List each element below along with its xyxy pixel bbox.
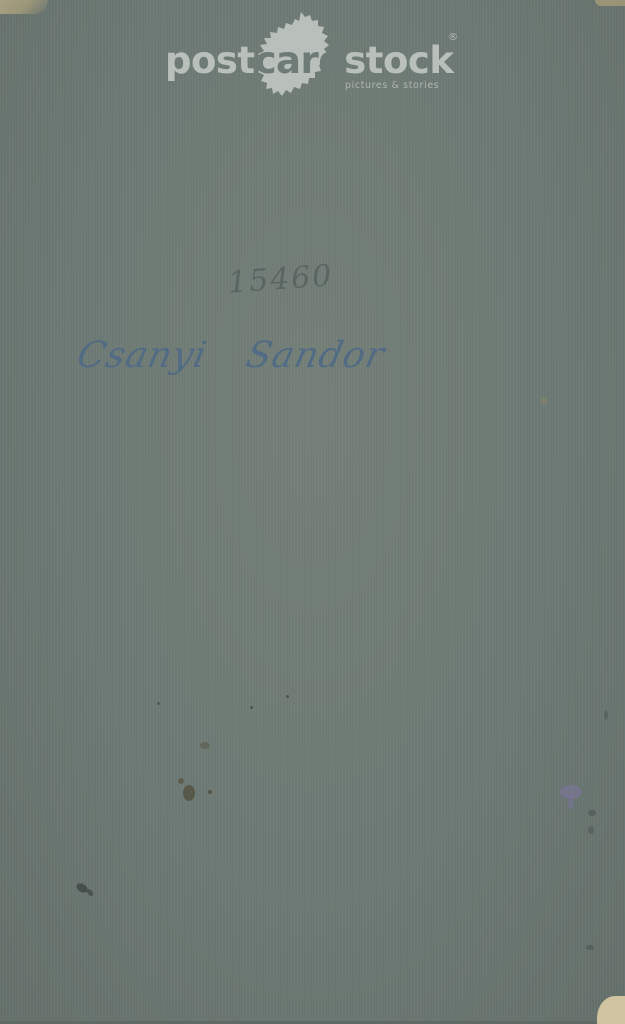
stain — [208, 790, 212, 794]
stain — [286, 695, 289, 698]
brand-part: stock — [344, 39, 453, 82]
stain — [604, 710, 608, 720]
stain — [157, 702, 160, 705]
worn-edge — [595, 0, 625, 6]
worn-corner — [597, 996, 625, 1024]
registered-mark: ® — [448, 32, 458, 43]
stain — [200, 742, 210, 749]
brand-part: card — [255, 39, 345, 82]
handwritten-name: Csanyi Sandor — [74, 335, 389, 376]
brand-tagline: pictures & stories — [345, 80, 439, 91]
worn-edge — [0, 0, 48, 14]
stain — [86, 888, 95, 897]
purple-ink-stain — [568, 796, 574, 810]
postcardstock-watermark: postcardstock ® pictures & stories — [165, 12, 465, 104]
handwritten-number: 15460 — [227, 258, 335, 300]
stain — [588, 810, 596, 816]
brand-part: post — [165, 39, 255, 82]
stain — [586, 945, 594, 950]
stain — [183, 785, 195, 801]
photo-card-back: postcardstock ® pictures & stories 15460… — [0, 0, 625, 1024]
brand-wordmark: postcardstock — [165, 42, 453, 79]
stain — [588, 826, 594, 834]
stain — [250, 706, 253, 709]
stain — [178, 778, 184, 784]
stain — [540, 398, 548, 404]
